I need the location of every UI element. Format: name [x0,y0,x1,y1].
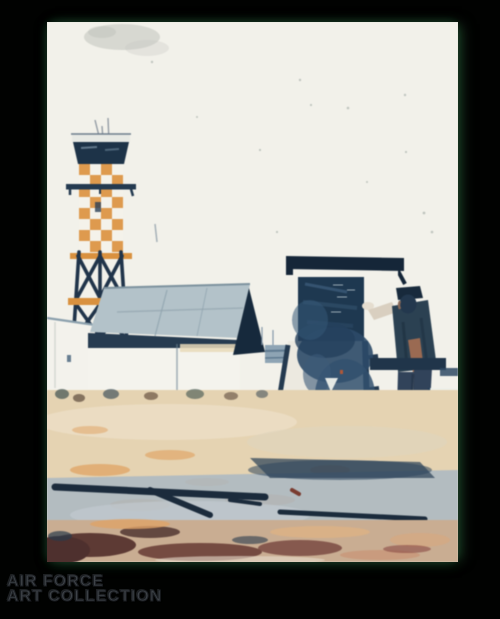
painting-frame [47,22,458,562]
tower-cab-roof [72,134,130,142]
building-wall [88,348,240,392]
collection-watermark: AIR FORCE ART COLLECTION [7,574,162,604]
counter-shelf [370,358,446,370]
kiosk-roof [286,256,404,271]
watermark-line-1: AIR FORCE [7,574,162,589]
slide-mount-background: AIR FORCE ART COLLECTION [0,0,500,619]
head [400,295,417,314]
tower-checker-shaft [79,164,123,254]
tower-cab [73,142,129,164]
red-dirt-foreground [47,519,458,562]
painting-artwork [47,22,458,562]
left-shed-wall [47,318,95,390]
watermark-line-2: ART COLLECTION [7,589,162,604]
